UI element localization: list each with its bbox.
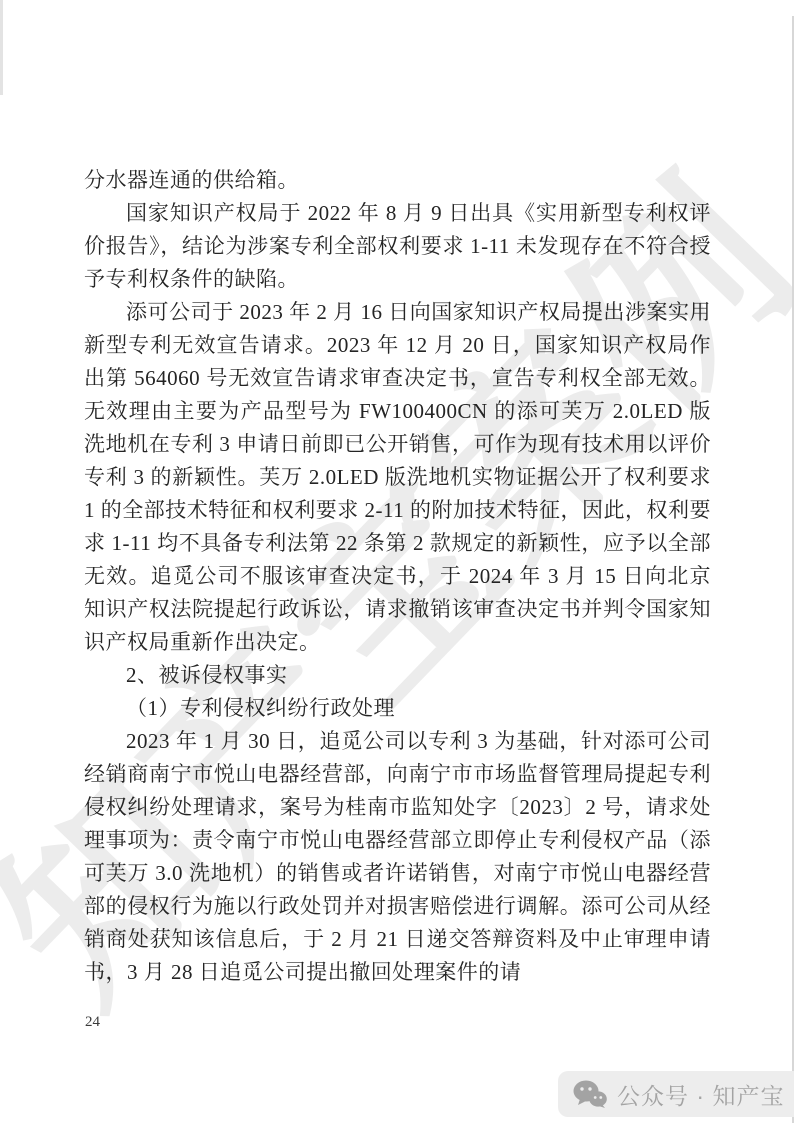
wechat-account-badge: 公众号 · 知产宝 <box>558 1071 794 1117</box>
page-number: 24 <box>85 1014 100 1031</box>
wechat-account-label: 公众号 · 知产宝 <box>617 1078 784 1111</box>
document-page: 知产宝案例 分水器连通的供给箱。国家知识产权局于 2022 年 8 月 9 日出… <box>0 0 794 1123</box>
paragraph-5: （1）专利侵权纠纷行政处理 <box>84 692 711 725</box>
paragraph-4: 2、被诉侵权事实 <box>84 659 711 692</box>
wechat-icon <box>573 1080 607 1108</box>
paragraph-6: 2023 年 1 月 30 日，追觅公司以专利 3 为基础，针对添可公司经销商南… <box>84 725 711 989</box>
document-body: 分水器连通的供给箱。国家知识产权局于 2022 年 8 月 9 日出具《实用新型… <box>84 164 711 989</box>
paragraph-3: 添可公司于 2023 年 2 月 16 日向国家知识产权局提出涉案实用新型专利无… <box>84 296 711 659</box>
scan-edge-mark <box>0 0 3 95</box>
paragraph-2: 国家知识产权局于 2022 年 8 月 9 日出具《实用新型专利权评价报告》，结… <box>84 197 711 296</box>
paragraph-1: 分水器连通的供给箱。 <box>84 164 711 197</box>
